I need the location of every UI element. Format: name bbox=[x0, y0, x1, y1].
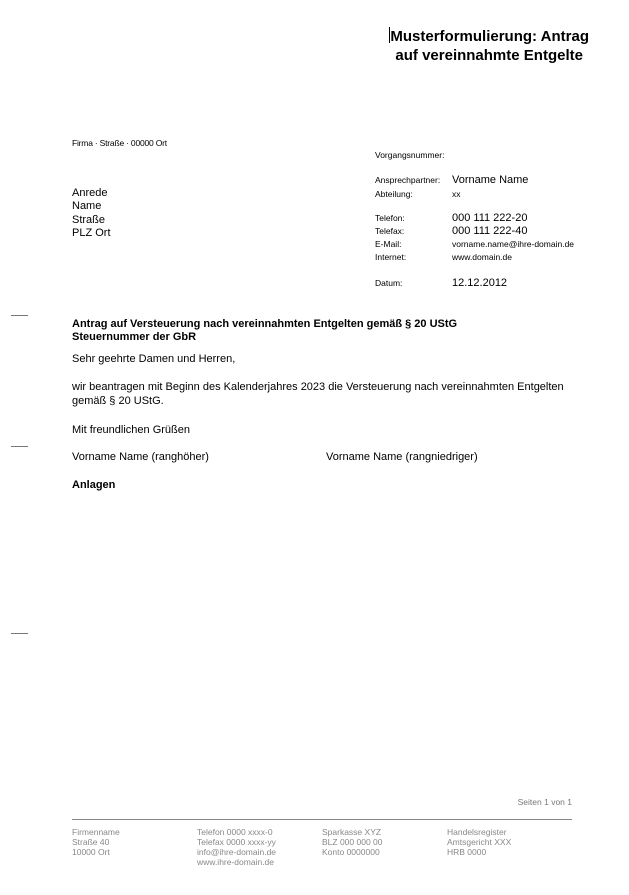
footer-register-label: Handelsregister bbox=[447, 827, 511, 837]
fold-mark-bottom bbox=[11, 633, 28, 634]
info-internet: Internet:www.domain.de bbox=[375, 252, 512, 262]
footer-contact: Telefon 0000 xxxx-0 Telefax 0000 xxxx-yy… bbox=[197, 827, 276, 867]
sender-line: Firma · Straße · 00000 Ort bbox=[72, 138, 167, 148]
recipient-city: PLZ Ort bbox=[72, 227, 111, 240]
info-telefon: Telefon:000 111 222-20 bbox=[375, 212, 527, 224]
recipient-name: Name bbox=[72, 200, 111, 213]
closing: Mit freundlichen Grüßen bbox=[72, 424, 190, 438]
footer-divider bbox=[72, 819, 572, 820]
subject-line-1: Antrag auf Versteuerung nach vereinnahmt… bbox=[72, 318, 457, 331]
title-line-2: auf vereinnahmte Entgelte bbox=[389, 46, 589, 65]
subject-line-2: Steuernummer der GbR bbox=[72, 331, 457, 344]
footer-company-street: Straße 40 bbox=[72, 837, 120, 847]
footer-bank: Sparkasse XYZ BLZ 000 000 00 Konto 00000… bbox=[322, 827, 383, 857]
info-email: E-Mail:vorname.name@ihre-domain.de bbox=[375, 239, 574, 249]
signature-left: Vorname Name (ranghöher) bbox=[72, 451, 209, 465]
body-line-1: wir beantragen mit Beginn des Kalenderja… bbox=[72, 381, 564, 395]
punch-mark bbox=[11, 446, 28, 447]
attachments-label: Anlagen bbox=[72, 479, 115, 493]
footer-company-name: Firmenname bbox=[72, 827, 120, 837]
subject: Antrag auf Versteuerung nach vereinnahmt… bbox=[72, 318, 457, 343]
title-line-1: Musterformulierung: Antrag bbox=[390, 28, 589, 45]
body-line-2: gemäß § 20 UStG. bbox=[72, 395, 564, 409]
recipient-salutation: Anrede bbox=[72, 187, 111, 200]
info-telefax: Telefax:000 111 222-40 bbox=[375, 225, 527, 237]
footer-court: Amtsgericht XXX bbox=[447, 837, 511, 847]
signature-right: Vorname Name (rangniedriger) bbox=[326, 451, 478, 465]
footer-fax: Telefax 0000 xxxx-yy bbox=[197, 837, 276, 847]
footer-phone: Telefon 0000 xxxx-0 bbox=[197, 827, 276, 837]
info-abteilung: Abteilung:xx bbox=[375, 189, 461, 199]
footer-email: info@ihre-domain.de bbox=[197, 847, 276, 857]
recipient-address: Anrede Name Straße PLZ Ort bbox=[72, 187, 111, 240]
info-vorgangsnummer: Vorgangsnummer: bbox=[375, 150, 452, 160]
footer-register: Handelsregister Amtsgericht XXX HRB 0000 bbox=[447, 827, 511, 857]
footer-company-city: 10000 Ort bbox=[72, 847, 120, 857]
footer-website: www.ihre-domain.de bbox=[197, 857, 276, 867]
recipient-street: Straße bbox=[72, 214, 111, 227]
footer-hrb: HRB 0000 bbox=[447, 847, 511, 857]
footer-bank-account: Konto 0000000 bbox=[322, 847, 383, 857]
page-indicator: Seiten 1 von 1 bbox=[518, 797, 572, 807]
footer-bank-code: BLZ 000 000 00 bbox=[322, 837, 383, 847]
info-datum: Datum:12.12.2012 bbox=[375, 277, 507, 289]
document-title[interactable]: Musterformulierung: Antrag auf vereinnah… bbox=[389, 27, 589, 65]
fold-mark-top bbox=[11, 315, 28, 316]
body-paragraph: wir beantragen mit Beginn des Kalenderja… bbox=[72, 381, 564, 408]
footer-company: Firmenname Straße 40 10000 Ort bbox=[72, 827, 120, 857]
info-ansprechpartner: Ansprechpartner:Vorname Name bbox=[375, 174, 528, 186]
footer-bank-name: Sparkasse XYZ bbox=[322, 827, 383, 837]
salutation: Sehr geehrte Damen und Herren, bbox=[72, 353, 235, 367]
